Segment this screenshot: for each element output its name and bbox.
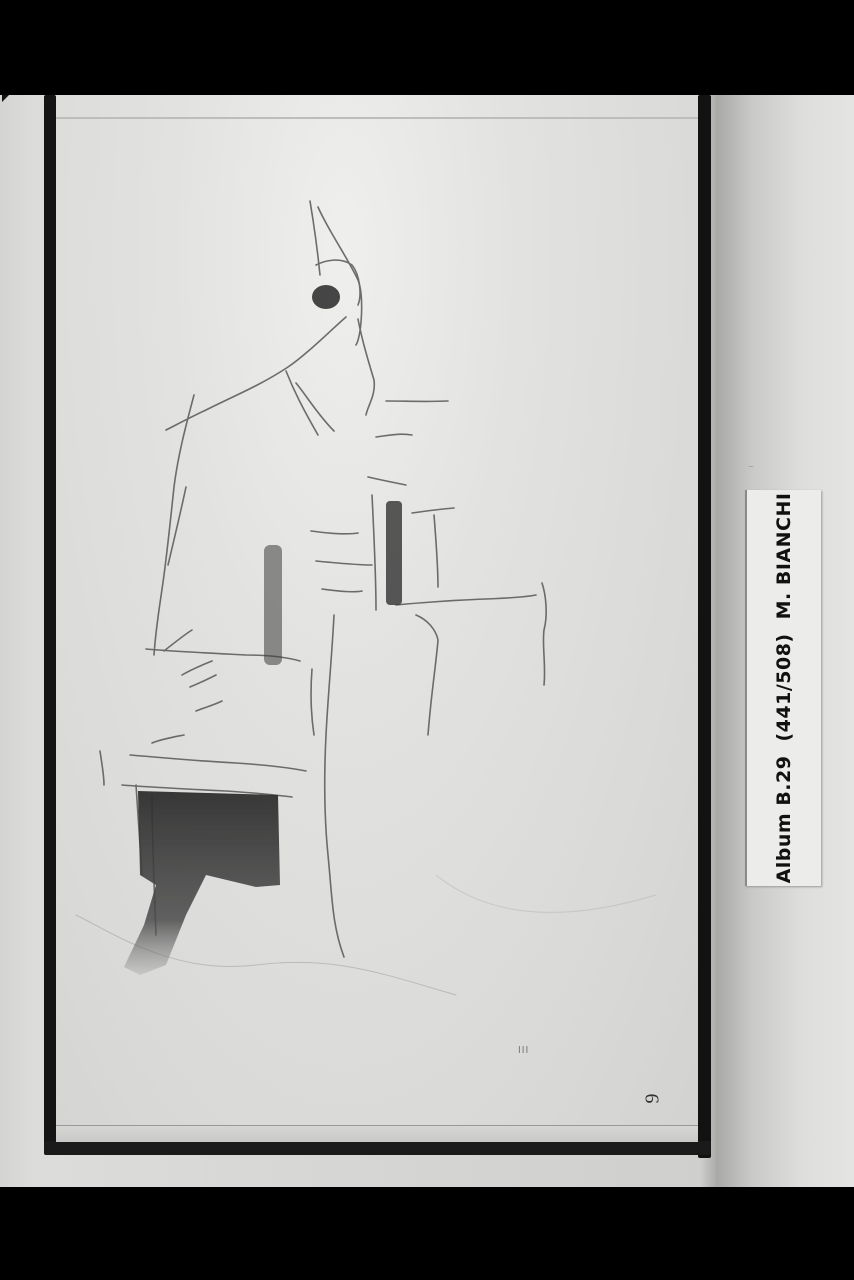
- page-number: 9: [642, 1094, 665, 1104]
- inventory-number: (441/508): [773, 633, 795, 741]
- sketchbook: III 9: [34, 95, 714, 1158]
- album-reference: Album B.29: [773, 756, 795, 884]
- archive-label-text: Album B.29(441/508)M. BIANCHI: [773, 493, 795, 884]
- page-bottom-edge: [56, 1125, 698, 1142]
- sketch-page: III 9: [56, 95, 698, 1141]
- author-name: M. BIANCHI: [773, 493, 795, 620]
- archive-label: Album B.29(441/508)M. BIANCHI: [745, 490, 821, 886]
- corner-mark: [2, 95, 9, 102]
- sketchbook-bottom-edge: [44, 1141, 711, 1155]
- sketchbook-left-edge: [44, 95, 56, 1155]
- pencil-scratch: ~: [748, 462, 754, 473]
- figure-sketch: [56, 95, 698, 1141]
- tally-marks: III: [518, 1045, 529, 1056]
- sketchbook-right-edge: [698, 95, 711, 1158]
